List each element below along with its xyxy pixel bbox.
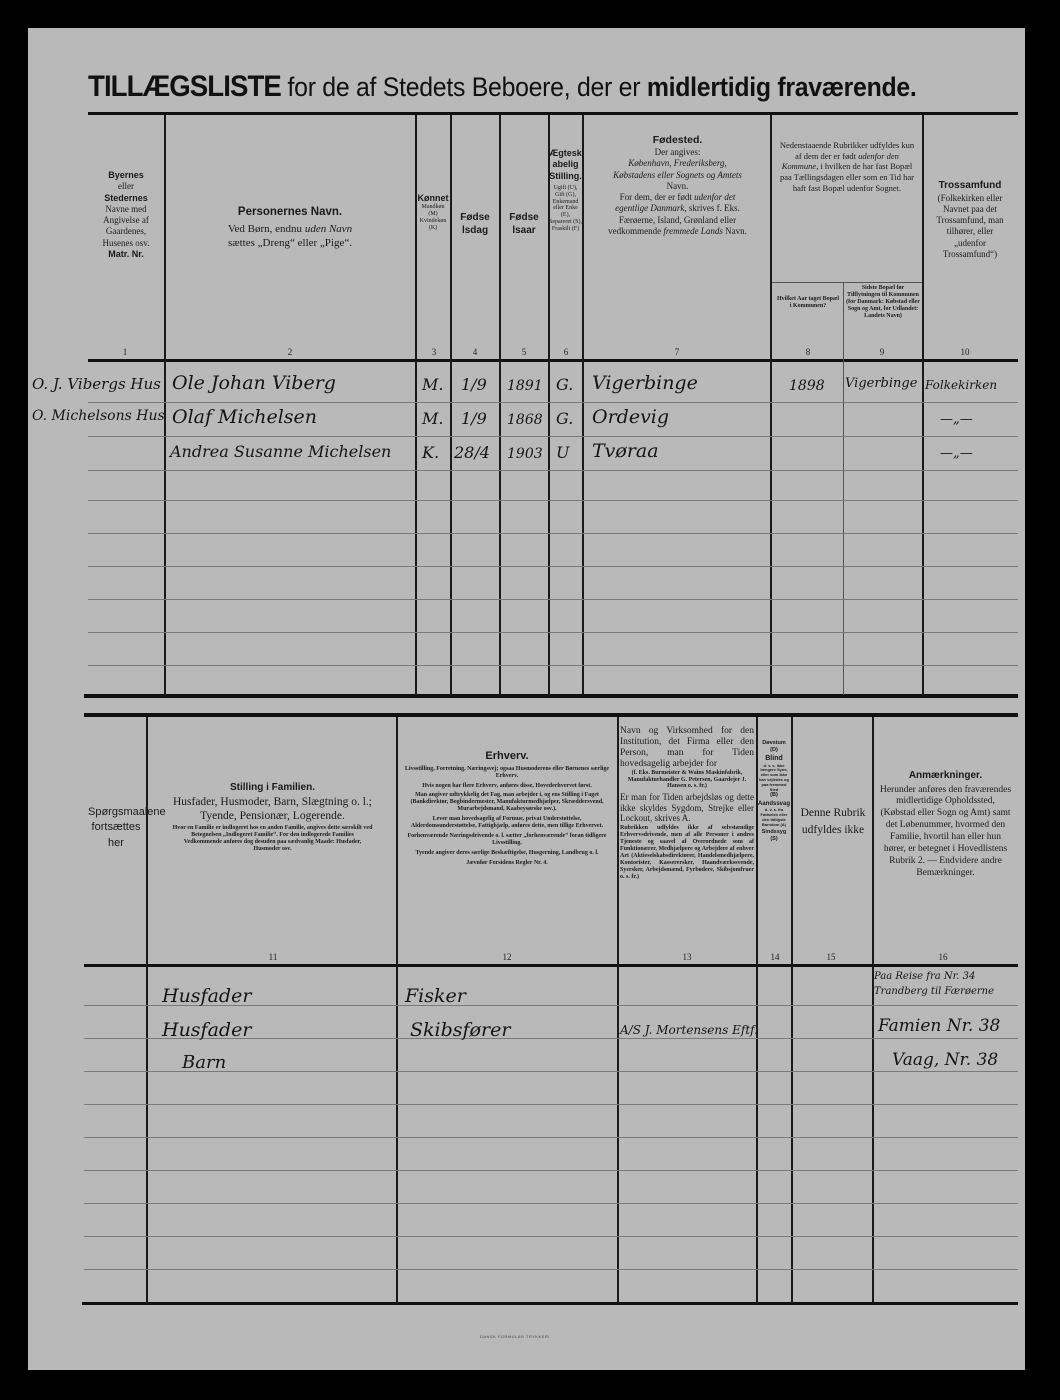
row1-sex: M.	[422, 375, 443, 394]
col-number-5: 5	[509, 347, 539, 357]
row2-employer: A/S J. Mortensens Eftf.	[620, 1023, 758, 1037]
bottom-table-top-rule	[84, 713, 1018, 717]
col-number-6: 6	[551, 347, 581, 357]
top-ruled-line	[88, 566, 1018, 567]
bottom-header-bottom-rule	[84, 964, 1018, 967]
top-ruled-line	[88, 436, 1018, 437]
row1-birthyear: 1891	[507, 378, 543, 394]
row3-name: Andrea Susanne Michelsen	[170, 442, 391, 461]
top-col-divider-1	[164, 115, 166, 695]
top-col-divider-4	[499, 115, 501, 695]
header-col11: Stilling i Familien. Husfader, Husmoder,…	[160, 782, 385, 855]
row2-birthyear: 1868	[507, 412, 543, 428]
header-col2: Personernes Navn. Ved Børn, endnu uden N…	[170, 205, 410, 251]
row1-name: Ole Johan Viberg	[172, 372, 336, 394]
col-number-10: 10	[950, 347, 980, 357]
top-col-divider-8	[843, 282, 844, 695]
header-col4: Fødselsdag	[452, 212, 498, 237]
row2-family-role: Husfader	[162, 1019, 251, 1041]
row2-remarks: Famien Nr. 38	[878, 1016, 1000, 1036]
header-col8-9-group: Nedenstaaende Rubrikker udfyldes kun af …	[776, 140, 918, 193]
row3-family-role: Barn	[182, 1052, 226, 1073]
row3-birthyear: 1903	[507, 446, 543, 462]
bottom-ruled-line	[84, 1104, 1018, 1105]
top-ruled-line	[88, 500, 1018, 501]
row3-sex: K.	[422, 443, 439, 462]
row3-remarks: Vaag, Nr. 38	[892, 1050, 998, 1070]
top-col-divider-9	[922, 115, 924, 695]
row1-place: O. J. Vibergs Hus	[32, 375, 161, 393]
questions-continue-note: Spørgsmaalene fortsættes her	[88, 805, 144, 851]
bottom-ruled-line	[84, 1170, 1018, 1171]
header-col6: Ægteskabelig Stilling. Ugift (U), Gift (…	[549, 148, 582, 233]
row1-remarks: Paa Reise fra Nr. 34 Trandberg til Færøe…	[874, 970, 1014, 999]
row2-sex: M.	[422, 409, 443, 428]
header-col1: Byernes eller Stedernes Navne med Angive…	[90, 170, 162, 260]
document-title: TILLÆGSLISTE for de af Stedets Beboere, …	[88, 70, 944, 104]
row3-birthplace: Tvøraa	[592, 440, 659, 462]
row1-marital: G.	[556, 375, 573, 394]
row2-birthplace: Ordevig	[592, 406, 669, 428]
row2-birthday: 1/9	[461, 409, 487, 428]
bottom-col-divider-6	[872, 717, 874, 1303]
col-number-16: 16	[928, 952, 958, 962]
col-number-12: 12	[492, 952, 522, 962]
bottom-col-divider-1	[146, 717, 148, 1303]
top-ruled-line	[88, 402, 1018, 403]
bottom-table-bottom-rule	[82, 1302, 1018, 1305]
col-number-13: 13	[672, 952, 702, 962]
row2-name: Olaf Michelsen	[172, 406, 317, 428]
bottom-ruled-line	[84, 1236, 1018, 1237]
header-col15: Denne Rubrik udfyldes ikke	[800, 805, 866, 840]
row1-religion: Folkekirken	[925, 378, 997, 392]
top-col-divider-7	[770, 115, 772, 695]
col-number-1: 1	[110, 347, 140, 357]
top-ruled-line	[88, 665, 1018, 666]
header-col16: Anmærkninger. Herunder anføres den fravæ…	[878, 770, 1013, 880]
header-col12: Erhverv. Livsstilling, Forretning, Nærin…	[402, 750, 612, 866]
col-number-11: 11	[258, 952, 288, 962]
row1-prev-residence: Vigerbinge	[845, 376, 917, 391]
title-bold: TILLÆGSLISTE	[88, 70, 281, 103]
top-ruled-line	[88, 599, 1018, 600]
col-number-4: 4	[460, 347, 490, 357]
title-bold-2: midlertidig fraværende.	[647, 72, 917, 102]
header-col14: Døvstum (D) Blind d. v. s. ikke længere …	[758, 740, 790, 843]
row2-marital: G.	[556, 409, 573, 428]
top-table-bottom-rule	[84, 694, 1018, 698]
bottom-col-divider-3	[617, 717, 619, 1303]
row1-year-moved: 1898	[789, 378, 825, 394]
row2-occupation: Skibsfører	[410, 1019, 510, 1041]
top-ruled-line	[88, 470, 1018, 471]
top-ruled-line	[88, 533, 1018, 534]
bottom-ruled-line	[84, 1137, 1018, 1138]
header-col13: Navn og Virksomhed for den Institution, …	[620, 726, 754, 881]
header-col8: Hvilket Aar taget Bopæl i Kommunen?	[776, 296, 840, 310]
col-number-8: 8	[793, 347, 823, 357]
header-col9: Sidste Bopæl før Tilflytningen til Kommu…	[845, 285, 921, 319]
bottom-ruled-line	[84, 1203, 1018, 1204]
col-number-14: 14	[760, 952, 790, 962]
row3-birthday: 28/4	[454, 443, 490, 462]
header-col7: Fødested. Der angives: København, Freder…	[590, 134, 765, 237]
top-table-top-rule	[88, 112, 1018, 115]
bottom-col-divider-5	[791, 717, 793, 1303]
col-number-15: 15	[816, 952, 846, 962]
bottom-col-divider-2	[396, 717, 398, 1303]
header-col5: Fødselsaar	[501, 212, 547, 237]
top-col-divider-3	[450, 115, 452, 695]
col-number-9: 9	[867, 347, 897, 357]
row2-place: O. Michelsons Hus	[32, 408, 165, 424]
col8-9-subdivider	[772, 282, 922, 283]
header-col3: Kønnet Mandkøn (M) Kvindekøn (K)	[417, 193, 449, 232]
row1-occupation: Fisker	[405, 985, 466, 1007]
col-number-2: 2	[275, 347, 305, 357]
top-col-divider-6	[582, 115, 584, 695]
top-header-bottom-rule	[88, 359, 1018, 362]
bottom-ruled-line	[84, 1269, 1018, 1270]
row3-religion: —„—	[940, 446, 973, 461]
row3-marital: U	[556, 443, 569, 462]
header-col10: Trossamfund (Folkekirken eller Navnet pa…	[925, 180, 1015, 260]
title-mid: for de af Stedets Beboere, der er	[288, 72, 641, 102]
row1-birthplace: Vigerbinge	[592, 372, 698, 394]
col-number-3: 3	[420, 347, 448, 357]
row2-religion: —„—	[940, 412, 973, 427]
row1-family-role: Husfader	[162, 985, 251, 1007]
row1-birthday: 1/9	[461, 375, 487, 394]
col-number-7: 7	[662, 347, 692, 357]
top-ruled-line	[88, 632, 1018, 633]
printer-imprint: DANSK FORMULAR TRYKKERI	[480, 1334, 550, 1339]
